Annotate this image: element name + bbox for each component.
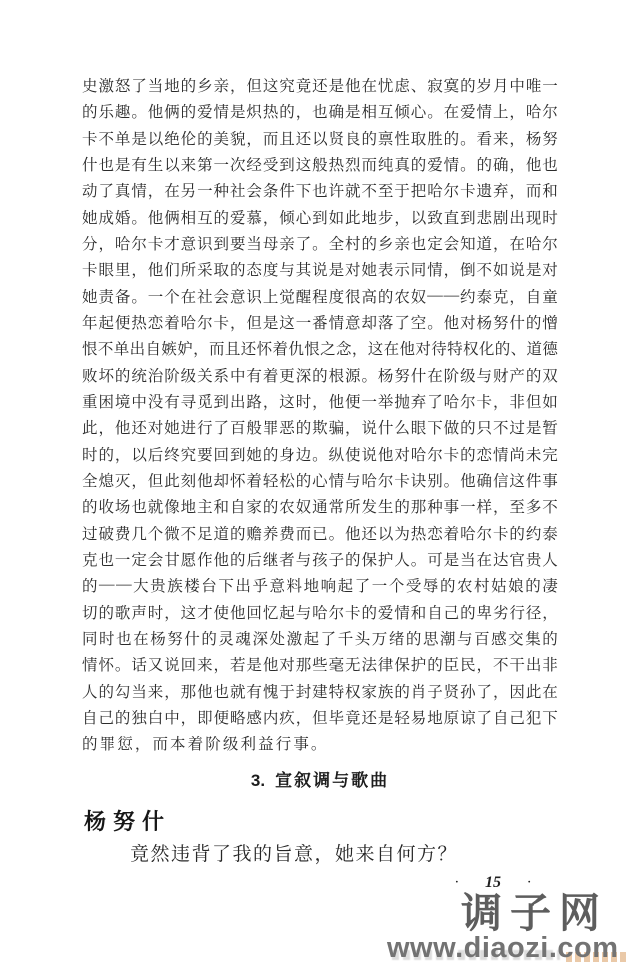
body-line: 同时也在杨努什的灵魂深处激起了千头万绪的思潮与百感交集的 bbox=[82, 625, 558, 651]
body-line: 时的，以后终究要回到她的身边。纵使说他对哈尔卡的恋情尚未完 bbox=[82, 441, 558, 467]
section-heading: 3.宣叙调与歌曲 bbox=[82, 766, 558, 791]
body-line: 此，他还对她进行了百般罪恶的欺骗，说什么眼下做的只不过是暂 bbox=[82, 414, 558, 440]
body-paragraph: 史激怒了当地的乡亲，但这究竟还是他在忧虑、寂寞的岁月中唯一 的乐趣。他俩的爱情是… bbox=[82, 72, 558, 757]
body-line: 史激怒了当地的乡亲，但这究竟还是他在忧虑、寂寞的岁月中唯一 bbox=[82, 72, 558, 98]
body-line: 的乐趣。他俩的爱情是炽热的，也确是相互倾心。在爱情上，哈尔 bbox=[82, 98, 558, 124]
body-line: 卡不单是以绝伦的美貌，而且还以贤良的禀性取胜的。看来，杨努 bbox=[82, 125, 558, 151]
body-line: 过破费几个微不足道的赡养费而已。他还以为热恋着哈尔卡的约泰 bbox=[82, 520, 558, 546]
body-line: 人的勾当来，那他也就有愧于封建特权家族的肖子贤孙了，因此在 bbox=[82, 678, 558, 704]
libretto-quote: 竟然违背了我的旨意，她来自何方？ bbox=[130, 839, 458, 866]
body-line: 克也一定会甘愿作他的后继者与孩子的保护人。可是当在达官贵人 bbox=[82, 546, 558, 572]
body-line: 分，哈尔卡才意识到要当母亲了。全村的乡亲也定会知道，在哈尔 bbox=[82, 230, 558, 256]
page-number-left-dot: · bbox=[455, 876, 459, 888]
body-line: 卡眼里，他们所采取的态度与其说是对她表示同情，倒不如说是对 bbox=[82, 256, 558, 282]
body-line: 什也是有生以来第一次经受到这般热烈而纯真的爱情。的确，他也 bbox=[82, 151, 558, 177]
section-number: 3. bbox=[251, 771, 265, 790]
body-line: 恨不单出自嫉妒，而且还怀着仇恨之念，这在他对待特权化的、道德 bbox=[82, 335, 558, 361]
body-line: 她责备。一个在社会意识上觉醒程度很高的农奴——约泰克，自童 bbox=[82, 283, 558, 309]
body-line: 情怀。话又说回来，若是他对那些毫无法律保护的臣民，不干出非 bbox=[82, 651, 558, 677]
body-line: 的收场也就像地主和自家的农奴通常所发生的那种事一样，至多不 bbox=[82, 493, 558, 519]
body-line: 自己的独白中，即便略感内疚，但毕竟还是轻易地原谅了自己犯下 bbox=[82, 704, 558, 730]
body-line: 全熄灭，但此刻他却怀着轻松的心情与哈尔卡诀别。他确信这件事 bbox=[82, 467, 558, 493]
body-line: 年起便热恋着哈尔卡，但是这一番情意却落了空。他对杨努什的憎 bbox=[82, 309, 558, 335]
page-number-right-dot: · bbox=[527, 876, 531, 888]
body-line: 她成婚。他俩相互的爱慕，倾心到如此地步，以致直到悲剧出现时 bbox=[82, 204, 558, 230]
watermark-site-name: 调子网 bbox=[461, 892, 608, 934]
body-line: 的——大贵族楼台下出乎意料地响起了一个受辱的农村姑娘的凄 bbox=[82, 572, 558, 598]
section-title: 宣叙调与歌曲 bbox=[275, 771, 389, 790]
speaker-name: 杨努什 bbox=[84, 805, 171, 836]
body-line: 败坏的统治阶级关系中有着更深的根源。杨努什在阶级与财产的双 bbox=[82, 362, 558, 388]
body-line: 的罪愆，而本着阶级利益行事。 bbox=[82, 730, 558, 756]
body-line: 动了真情，在另一种社会条件下也许就不至于把哈尔卡遗弃，而和 bbox=[82, 177, 558, 203]
body-line: 重困境中没有寻觅到出路，这时，他便一举抛弃了哈尔卡，非但如 bbox=[82, 388, 558, 414]
body-line: 切的歌声时，这才使他回忆起与哈尔卡的爱情和自己的卑劣行径， bbox=[82, 599, 558, 625]
watermark-site-url: www.diaozi.com bbox=[387, 933, 619, 963]
book-page-scan: 史激怒了当地的乡亲，但这究竟还是他在忧虑、寂寞的岁月中唯一 的乐趣。他俩的爱情是… bbox=[0, 0, 640, 972]
